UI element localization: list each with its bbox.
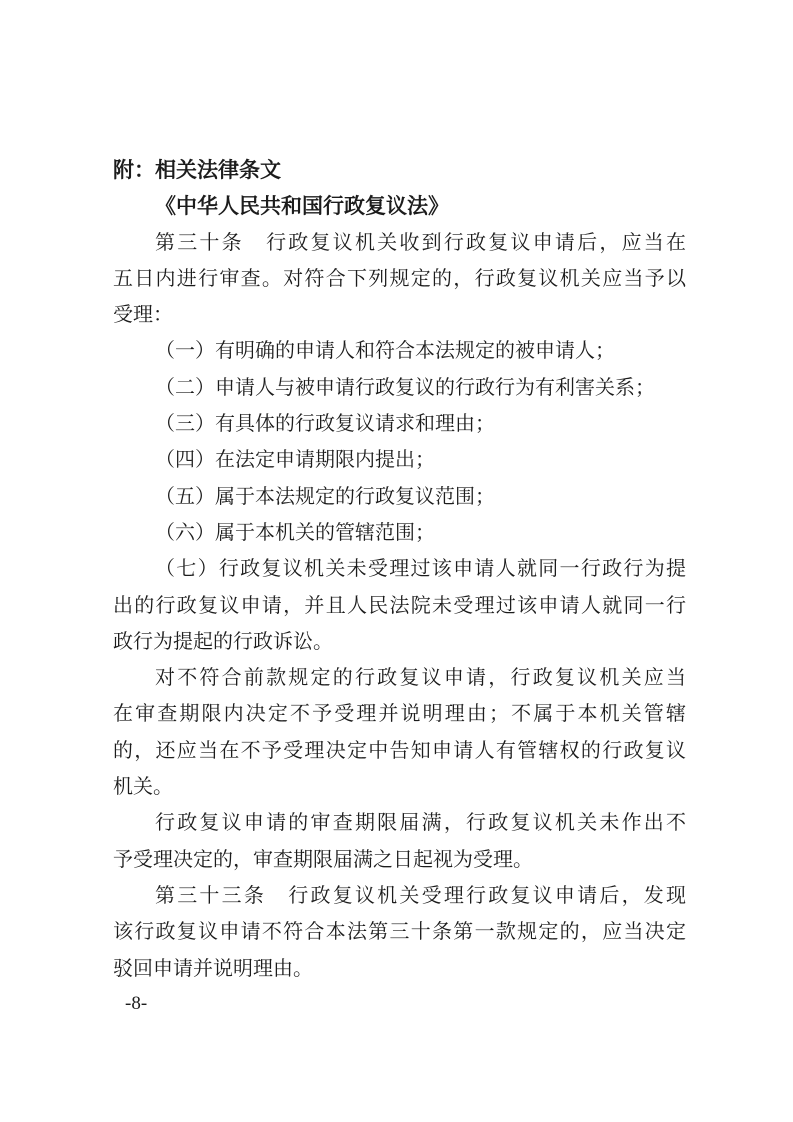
- article-30-para-3-line-1: 行政复议申请的审查期限届满，行政复议机关未作出不: [113, 805, 686, 841]
- article-33-para-1-line-3: 驳回申请并说明理由。: [113, 951, 686, 987]
- document-body: 附：相关法律条文《中华人民共和国行政复议法》第三十条 行政复议机关收到行政复议申…: [113, 152, 686, 987]
- article-33-para-1-line-1: 第三十三条 行政复议机关受理行政复议申请后，发现: [113, 878, 686, 914]
- article-30-para-2-line-1: 对不符合前款规定的行政复议申请，行政复议机关应当: [113, 660, 686, 696]
- article-30-para-3-line-2: 予受理决定的，审查期限届满之日起视为受理。: [113, 842, 686, 878]
- article-33-para-1-line-2: 该行政复议申请不符合本法第三十条第一款规定的，应当决定: [113, 914, 686, 950]
- article-30-item-4-line-1: （四）在法定申请期限内提出；: [113, 442, 686, 478]
- article-30-para-2-line-3: 的，还应当在不予受理决定中告知申请人有管辖权的行政复议: [113, 733, 686, 769]
- article-30-item-7-line-2: 出的行政复议申请，并且人民法院未受理过该申请人就同一行: [113, 588, 686, 624]
- article-30-item-6-line-1: （六）属于本机关的管辖范围；: [113, 515, 686, 551]
- article-30-item-7-line-1: （七）行政复议机关未受理过该申请人就同一行政行为提: [113, 551, 686, 587]
- law-title-line-1: 《中华人民共和国行政复议法》: [113, 188, 686, 224]
- article-30-item-1-line-1: （一）有明确的申请人和符合本法规定的被申请人；: [113, 333, 686, 369]
- article-30-para-1-line-2: 五日内进行审查。对符合下列规定的，行政复议机关应当予以: [113, 261, 686, 297]
- attachment-heading-line-1: 附：相关法律条文: [113, 152, 686, 188]
- article-30-para-2-line-4: 机关。: [113, 769, 686, 805]
- article-30-item-5-line-1: （五）属于本法规定的行政复议范围；: [113, 479, 686, 515]
- article-30-para-1-line-1: 第三十条 行政复议机关收到行政复议申请后，应当在: [113, 225, 686, 261]
- page-number: -8-: [125, 993, 147, 1015]
- article-30-item-2-line-1: （二）申请人与被申请行政复议的行政行为有利害关系；: [113, 370, 686, 406]
- article-30-item-7-line-3: 政行为提起的行政诉讼。: [113, 624, 686, 660]
- article-30-item-3-line-1: （三）有具体的行政复议请求和理由；: [113, 406, 686, 442]
- article-30-para-1-line-3: 受理：: [113, 297, 686, 333]
- article-30-para-2-line-2: 在审查期限内决定不予受理并说明理由；不属于本机关管辖: [113, 696, 686, 732]
- document-page: 附：相关法律条文《中华人民共和国行政复议法》第三十条 行政复议机关收到行政复议申…: [0, 0, 793, 1122]
